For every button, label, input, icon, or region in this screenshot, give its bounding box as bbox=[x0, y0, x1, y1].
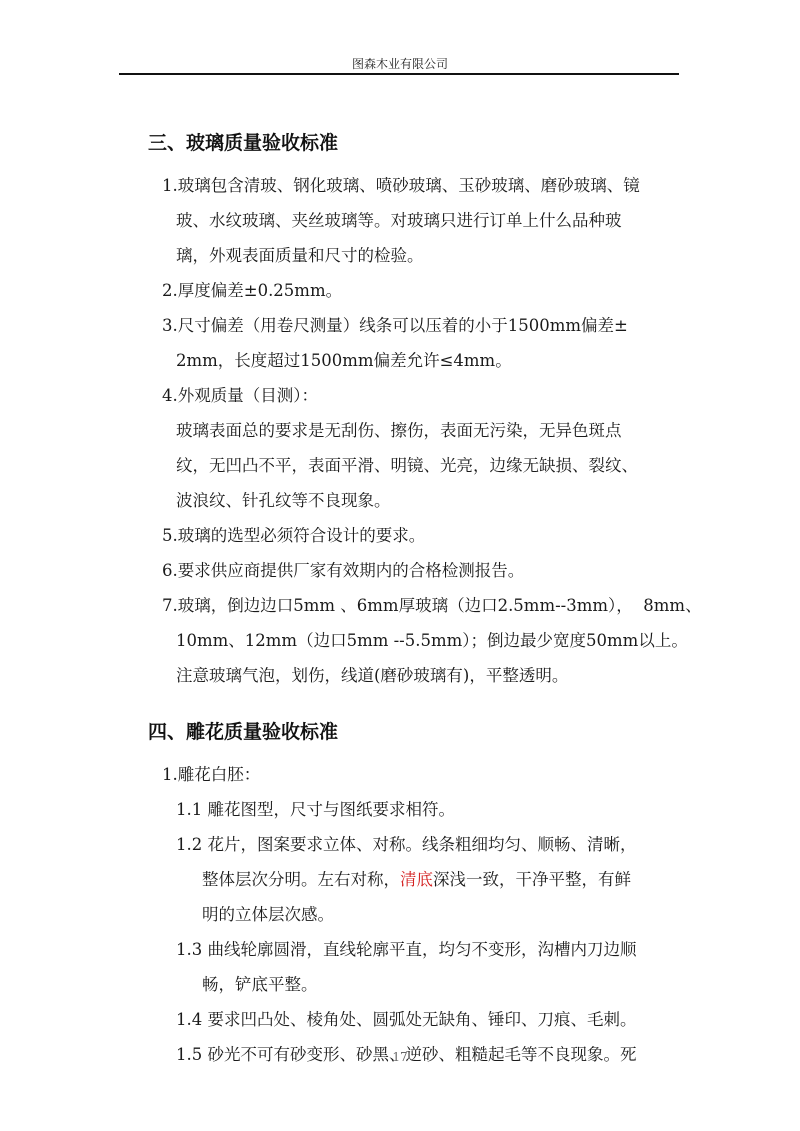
s3-item-3-line-1: 3.尺寸偏差（用卷尺测量）线条可以压着的小于1500mm偏差± bbox=[148, 308, 718, 343]
page-number: 17 bbox=[0, 1050, 800, 1064]
s3-item-7-line-3: 注意玻璃气泡，划伤，线道(磨砂玻璃有)，平整透明。 bbox=[148, 658, 718, 693]
section-3-title: 三、玻璃质量验收标准 bbox=[148, 128, 718, 158]
s4-item-1-4: 1.4 要求凹凸处、棱角处、圆弧处无缺角、锤印、刀痕、毛刺。 bbox=[148, 1002, 718, 1037]
s4-item-1-2-line-1: 1.2 花片，图案要求立体、对称。线条粗细均匀、顺畅、清晰， bbox=[148, 827, 718, 862]
header-company-name: 图森木业有限公司 bbox=[0, 55, 800, 72]
s4-item-1-2-text-pre: 整体层次分明。左右对称， bbox=[202, 870, 400, 889]
header-divider bbox=[119, 73, 679, 75]
s3-item-3-line-2: 2mm，长度超过1500mm偏差允许≤4mm。 bbox=[148, 343, 718, 378]
s4-item-1-3-line-1: 1.3 曲线轮廓圆滑，直线轮廓平直，均匀不变形，沟槽内刀边顺 bbox=[148, 932, 718, 967]
highlighted-term: 清底 bbox=[400, 870, 433, 889]
s3-item-2: 2.厚度偏差±0.25mm。 bbox=[148, 273, 718, 308]
s3-item-1-line-1: 1.玻璃包含清玻、钢化玻璃、喷砂玻璃、玉砂玻璃、磨砂玻璃、镜 bbox=[148, 168, 718, 203]
s3-item-7-line-1: 7.玻璃，倒边边口5mm 、6mm厚玻璃（边口2.5mm--3mm）， 8mm、 bbox=[148, 588, 718, 623]
s3-item-4-line-3: 波浪纹、针孔纹等不良现象。 bbox=[148, 483, 718, 518]
s3-item-6: 6.要求供应商提供厂家有效期内的合格检测报告。 bbox=[148, 553, 718, 588]
s3-item-4-heading: 4.外观质量（目测）： bbox=[148, 378, 718, 413]
s4-item-1-2-line-3: 明的立体层次感。 bbox=[148, 897, 718, 932]
s3-item-7-line-2: 10mm、12mm（边口5mm --5.5mm）；倒边最少宽度50mm以上。 bbox=[148, 623, 718, 658]
s3-item-4-line-2: 纹，无凹凸不平，表面平滑、明镜、光亮，边缘无缺损、裂纹、 bbox=[148, 448, 718, 483]
s4-item-1-3-line-2: 畅，铲底平整。 bbox=[148, 967, 718, 1002]
s3-item-5: 5.玻璃的选型必须符合设计的要求。 bbox=[148, 518, 718, 553]
s4-item-1-2-line-2: 整体层次分明。左右对称，清底深浅一致，干净平整，有鲜 bbox=[148, 862, 718, 897]
s4-item-1-1: 1.1 雕花图型，尺寸与图纸要求相符。 bbox=[148, 792, 718, 827]
document-body: 三、玻璃质量验收标准 1.玻璃包含清玻、钢化玻璃、喷砂玻璃、玉砂玻璃、磨砂玻璃、… bbox=[148, 128, 718, 1072]
s4-item-1: 1.雕花白胚： bbox=[148, 757, 718, 792]
s4-item-1-2-text-post: 深浅一致，干净平整，有鲜 bbox=[433, 870, 631, 889]
section-4-title: 四、雕花质量验收标准 bbox=[148, 717, 718, 747]
s3-item-1-line-3: 璃，外观表面质量和尺寸的检验。 bbox=[148, 238, 718, 273]
s3-item-1-line-2: 玻、水纹玻璃、夹丝玻璃等。对玻璃只进行订单上什么品种玻 bbox=[148, 203, 718, 238]
s3-item-4-line-1: 玻璃表面总的要求是无刮伤、擦伤，表面无污染，无异色斑点 bbox=[148, 413, 718, 448]
